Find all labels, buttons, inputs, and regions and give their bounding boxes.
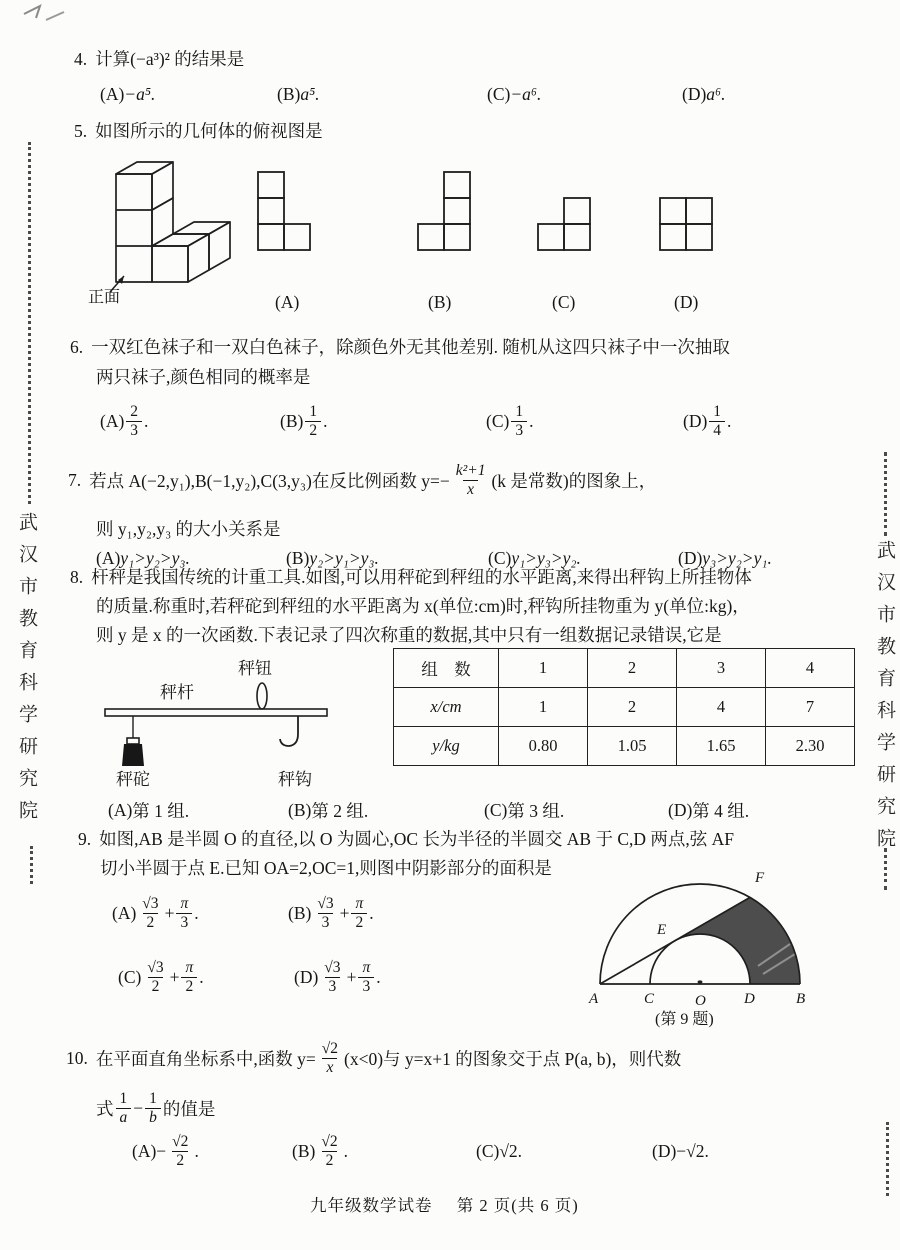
q10-stem-line1: 10.在平面直角坐标系中,函数 y=√2x(x<0)与 y=x+1 的图象交于点… [66,1032,681,1084]
q7-stem-line2: 则 y₁,y₂,y₃ 的大小关系是 [96,518,281,541]
q9-figure-caption: (第 9 题) [655,1010,714,1028]
q4-option-d: (D)a⁶. [682,84,726,105]
exam-page-scan: 武汉市教育科学研究院 武汉市教育科学研究院 4.计算(−a³)² 的结果是 (A… [0,0,900,1250]
page-footer: 九年级数学试卷 第 2 页(共 6 页) [310,1192,579,1216]
right-margin-dots-top [884,452,887,536]
q4-number: 4. [74,48,87,71]
weight-label: 秤砣 [116,770,150,789]
footer-page-number: 第 2 页(共 6 页) [457,1196,579,1215]
left-margin-dots-top [28,142,31,504]
q4-option-c: (C)−a⁶. [487,84,541,105]
topview-option-a [258,172,310,250]
q8-option-a: (A)第 1 组. [108,798,189,823]
hook-shape [280,716,298,746]
q10-options: (A)−√22. (B)√22. (C)√2. (D)−√2. [0,1126,900,1176]
hook-label: 秤钩 [278,770,312,789]
q4-option-a: (A)−a⁵. [100,84,155,105]
q9-option-a: (A)√32+π3. [112,888,199,938]
q4-options: (A)−a⁵. (B)a⁵. (C)−a⁶. (D)a⁶. [0,84,900,114]
q8-stem-line1: 8.杆秤是我国传统的计重工具.如图,可以用秤砣到秤纽的水平距离,来得出秤钩上所挂… [70,566,752,589]
q6-number: 6. [70,336,83,359]
label-a: A [588,991,599,1007]
weight-cap [127,738,139,744]
q10-option-a: (A)−√22. [132,1126,199,1176]
q6-options: (A)23. (B)12. (C)13. (D)14. [0,396,900,446]
q6-stem-line2: 两只袜子,颜色相同的概率是 [96,366,310,389]
knob-label: 秤钮 [238,659,272,678]
label-b: B [796,991,805,1007]
q8-data-table: 组 数 1 2 3 4 x/cm 1 2 4 7 y/kg 0.80 1.05 … [393,648,855,766]
q5-solid-figure: 正面 [88,150,266,306]
q8-number: 8. [70,566,83,589]
q6-option-d: (D)14. [683,396,731,446]
topview-option-d [660,198,712,250]
q10-fraction: √2x [318,1040,342,1077]
q9-semicircle-figure: A C O D B E F (第 9 题) [585,866,835,1031]
q7-number: 7. [68,470,81,491]
topview-option-b [418,172,470,250]
q9-option-b: (B)√33+π2. [288,888,374,938]
table-row-y: y/kg 0.80 1.05 1.65 2.30 [394,727,855,766]
q10-option-d: (D)−√2. [652,1126,709,1176]
q10-number: 10. [66,1048,88,1069]
q9-stem-line2: 切小半圆于点 E.已知 OA=2,OC=1,则图中阴影部分的面积是 [100,857,552,880]
label-c: C [644,991,655,1007]
q8-option-d: (D)第 4 组. [668,798,749,823]
q5-label-c: (C) [552,292,575,313]
right-margin-dots-mid [884,848,887,890]
q9-option-d: (D)√33+π3. [294,952,381,1002]
q9-stem-line1: 9.如图,AB 是半圆 O 的直径,以 O 为圆心,OC 长为半径的半圆交 AB… [78,828,734,851]
q9-option-c: (C)√32+π2. [118,952,204,1002]
q10-frac-1a: 1a [116,1090,132,1127]
q10-frac-1b: 1b [145,1090,161,1127]
q8-option-c: (C)第 3 组. [484,798,564,823]
beam-label: 秤杆 [160,683,194,702]
q4-stem: 4.计算(−a³)² 的结果是 [74,48,244,71]
q8-steelyard-figure: 秤杆 秤钮 秤砣 秤钩 [100,652,348,790]
scan-artifact-marks [20,2,90,32]
label-o: O [695,993,706,1009]
table-row-x: x/cm 1 2 4 7 [394,688,855,727]
topview-option-c [538,198,590,250]
table-row-group: 组 数 1 2 3 4 [394,649,855,688]
label-f: F [754,870,765,886]
q10-option-b: (B)√22. [292,1126,348,1176]
left-margin-dots-bottom [30,846,33,884]
q7-fraction: k²+1x [452,462,490,499]
q10-option-c: (C)√2. [476,1126,522,1176]
shaded-region [675,897,800,984]
q6-option-c: (C)13. [486,396,533,446]
q8-options: (A)第 1 组. (B)第 2 组. (C)第 3 组. (D)第 4 组. [0,798,900,828]
q5-stem: 5.如图所示的几何体的俯视图是 [74,120,323,143]
q6-stem-line1: 6.一双红色袜子和一双白色袜子，除颜色外无其他差别. 随机从这四只袜子中一次抽取 [70,336,730,359]
q8-stem-line2: 的质量.称重时,若秤砣到秤纽的水平距离为 x(单位:cm)时,秤钩所挂物重为 y… [96,595,750,618]
label-e: E [656,922,666,938]
knob-loop [257,683,267,709]
q8-option-b: (B)第 2 组. [288,798,368,823]
footer-title: 九年级数学试卷 [310,1196,433,1215]
q5-label-a: (A) [275,292,299,313]
q9-number: 9. [78,828,91,851]
q5-label-d: (D) [674,292,698,313]
q8-stem-line3: 则 y 是 x 的一次函数.下表记录了四次称重的数据,其中只有一组数据记录错误,… [96,624,722,647]
q6-option-b: (B)12. [280,396,327,446]
q7-stem-line1: 7.若点 A(−2,y₁),B(−1,y₂),C(3,y₃)在反比例函数 y=−… [68,452,656,508]
q4-option-b: (B)a⁵. [277,84,320,105]
q5-topview-options [250,170,720,252]
q5-option-labels: (A) (B) (C) (D) [0,292,900,322]
q5-number: 5. [74,120,87,143]
label-d: D [743,991,755,1007]
q6-option-a: (A)23. [100,396,148,446]
q5-label-b: (B) [428,292,451,313]
beam [105,709,327,716]
center-dot [698,980,703,983]
weight-body [122,744,144,766]
